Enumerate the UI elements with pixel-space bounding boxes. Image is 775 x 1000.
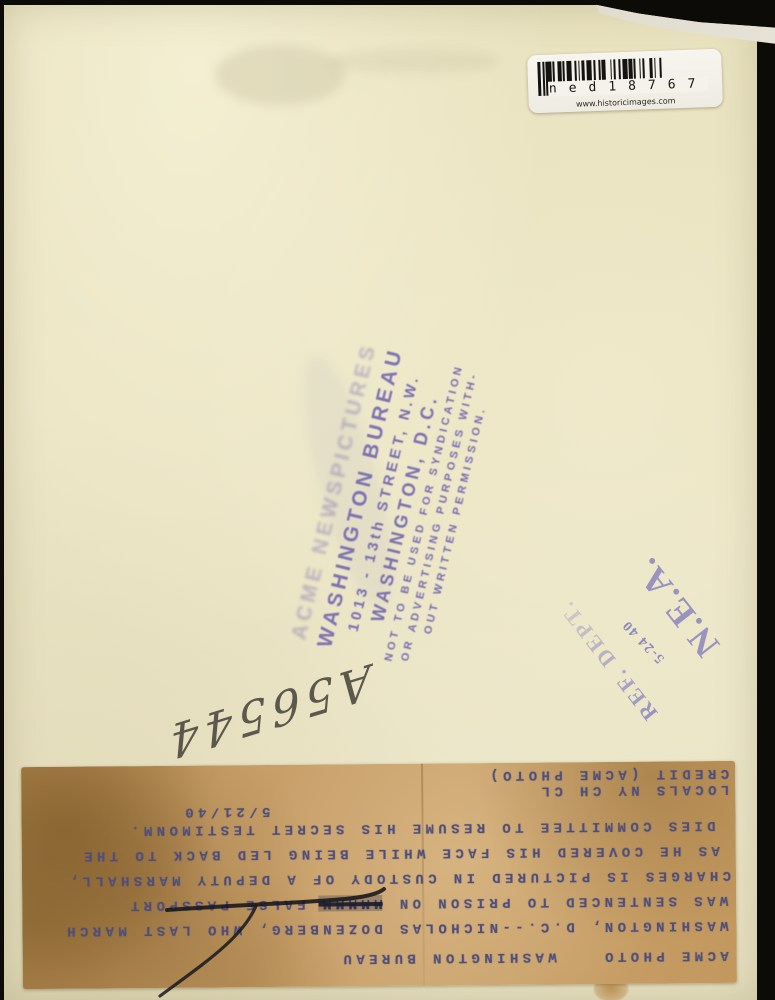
caption-line-2: WAS SENTENCED TO PRISON ON MMMMM FALSE P… xyxy=(126,892,728,913)
caption-locals: LOCALS NY CH CL xyxy=(537,781,729,799)
caption-header: ACME PHOTOWASHINGTON BUREAU xyxy=(339,947,729,966)
caption-credit: CREDIT (ACME PHOTO) xyxy=(486,765,729,783)
caption-label: ACME PHOTOWASHINGTON BUREAU WASHINGTON, … xyxy=(21,761,737,989)
caption-line-1: WASHINGTON, D.C.--NICHOLAS DOZENBERG, WH… xyxy=(63,917,729,939)
caption-agency: ACME PHOTO xyxy=(601,947,729,964)
ink-smudge xyxy=(330,48,500,74)
photo-back-scan: ACME NEWSPICTURES WASHINGTON BUREAU 1013… xyxy=(0,0,775,1000)
caption-date: 5/21/40 xyxy=(181,803,271,820)
caption-struck-word: MMMMM xyxy=(319,895,383,912)
caption-line-2-pre: WAS SENTENCED TO PRISON ON xyxy=(383,892,729,911)
caption-line-2-post: FALSE PASSPORT xyxy=(126,896,318,914)
caption-bureau: WASHINGTON BUREAU xyxy=(339,948,557,966)
caption-text-block: ACME PHOTOWASHINGTON BUREAU WASHINGTON, … xyxy=(21,761,737,989)
ink-smudge xyxy=(215,45,345,105)
caption-line-5: DIES COMMITTEE TO RESUME HIS SECRET TEST… xyxy=(127,817,716,838)
barcode-sticker: ned18767 www.historicimages.com xyxy=(527,49,723,114)
caption-line-4: AS HE COVERED HIS FACE WHILE BEING LED B… xyxy=(80,842,720,864)
caption-line-3: CHARGES IS PICTURED IN CUSTODY OF A DEPU… xyxy=(65,867,731,889)
